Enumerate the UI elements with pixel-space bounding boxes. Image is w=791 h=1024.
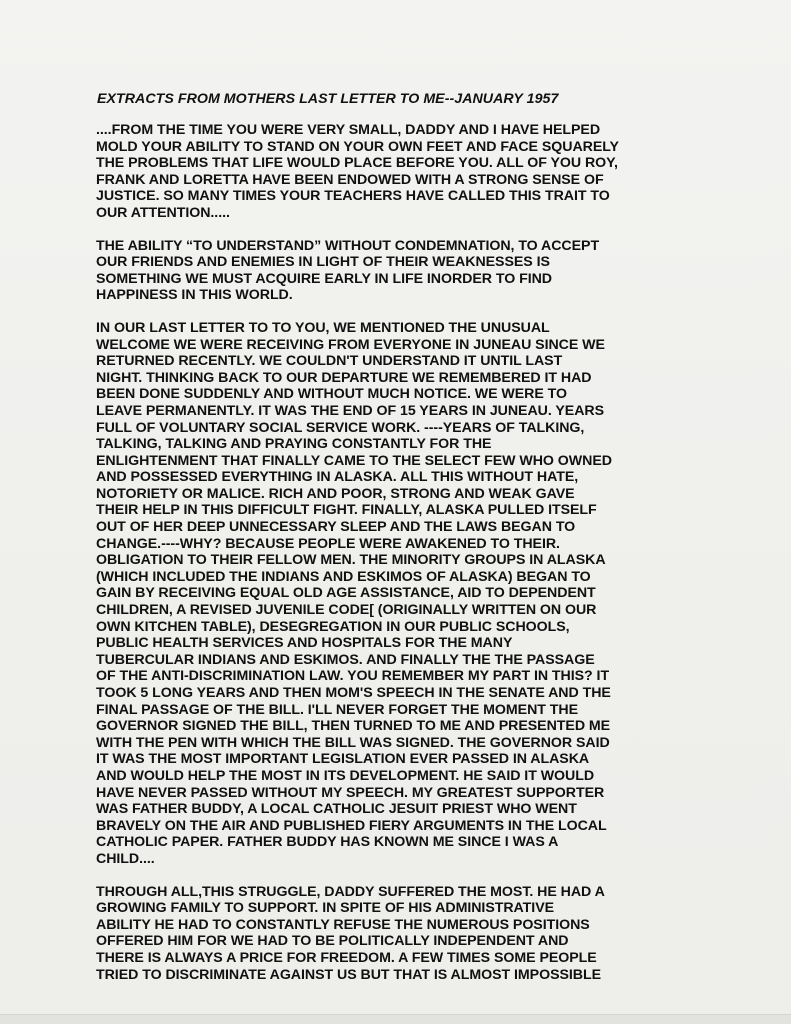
text-line: GAIN BY RECEIVING EQUAL OLD AGE ASSISTAN… [96,585,716,602]
paragraph: THROUGH ALL,THIS STRUGGLE, DADDY SUFFERE… [96,884,716,984]
text-line: OF THE ANTI-DISCRIMINATION LAW. YOU REME… [96,668,716,685]
text-line: GROWING FAMILY TO SUPPORT. IN SPITE OF H… [96,900,716,917]
text-line: WELCOME WE WERE RECEIVING FROM EVERYONE … [96,337,716,354]
text-line: FULL OF VOLUNTARY SOCIAL SERVICE WORK. -… [96,420,716,437]
text-line: (WHICH INCLUDED THE INDIANS AND ESKIMOS … [96,569,716,586]
text-line: GOVERNOR SIGNED THE BILL, THEN TURNED TO… [96,718,716,735]
paragraph: IN OUR LAST LETTER TO TO YOU, WE MENTION… [96,320,716,868]
text-line: JUSTICE. SO MANY TIMES YOUR TEACHERS HAV… [96,188,716,205]
text-line: BRAVELY ON THE AIR AND PUBLISHED FIERY A… [96,818,716,835]
text-line: HAPPINESS IN THIS WORLD. [96,287,716,304]
text-line: OWN KITCHEN TABLE), DESEGREGATION IN OUR… [96,619,716,636]
text-line: ....FROM THE TIME YOU WERE VERY SMALL, D… [96,122,716,139]
text-line: IN OUR LAST LETTER TO TO YOU, WE MENTION… [96,320,716,337]
text-line: OUR FRIENDS AND ENEMIES IN LIGHT OF THEI… [96,254,716,271]
scanned-page: EXTRACTS FROM MOTHERS LAST LETTER TO ME-… [0,0,791,1014]
text-line: TALKING, TALKING AND PRAYING CONSTANTLY … [96,436,716,453]
text-line: OUR ATTENTION..... [96,205,716,222]
paragraph: THE ABILITY “TO UNDERSTAND” WITHOUT COND… [96,238,716,304]
text-line: ENLIGHTENMENT THAT FINALLY CAME TO THE S… [96,453,716,470]
text-line: IT WAS THE MOST IMPORTANT LEGISLATION EV… [96,751,716,768]
text-line: THERE IS ALWAYS A PRICE FOR FREEDOM. A F… [96,950,716,967]
text-line: AND WOULD HELP THE MOST IN ITS DEVELOPME… [96,768,716,785]
page-edge [0,1014,791,1024]
text-line: WITH THE PEN WITH WHICH THE BILL WAS SIG… [96,735,716,752]
text-line: HAVE NEVER PASSED WITHOUT MY SPEECH. MY … [96,785,716,802]
letter-body: ....FROM THE TIME YOU WERE VERY SMALL, D… [96,122,716,983]
text-line: THROUGH ALL,THIS STRUGGLE, DADDY SUFFERE… [96,884,716,901]
text-line: OBLIGATION TO THEIR FELLOW MEN. THE MINO… [96,552,716,569]
text-line: THE PROBLEMS THAT LIFE WOULD PLACE BEFOR… [96,155,716,172]
text-line: TOOK 5 LONG YEARS AND THEN MOM'S SPEECH … [96,685,716,702]
text-line: FRANK AND LORETTA HAVE BEEN ENDOWED WITH… [96,172,716,189]
document-title: EXTRACTS FROM MOTHERS LAST LETTER TO ME-… [97,90,716,108]
text-line: TRIED TO DISCRIMINATE AGAINST US BUT THA… [96,967,716,984]
text-line: PUBLIC HEALTH SERVICES AND HOSPITALS FOR… [96,635,716,652]
text-line: CHANGE.----WHY? BECAUSE PEOPLE WERE AWAK… [96,536,716,553]
text-line: RETURNED RECENTLY. WE COULDN'T UNDERSTAN… [96,353,716,370]
text-line: CHILDREN, A REVISED JUVENILE CODE[ (ORIG… [96,602,716,619]
text-line: THE ABILITY “TO UNDERSTAND” WITHOUT COND… [96,238,716,255]
text-line: OFFERED HIM FOR WE HAD TO BE POLITICALLY… [96,933,716,950]
paragraph: ....FROM THE TIME YOU WERE VERY SMALL, D… [96,122,716,222]
text-line: OUT OF HER DEEP UNNECESSARY SLEEP AND TH… [96,519,716,536]
text-line: NIGHT. THINKING BACK TO OUR DEPARTURE WE… [96,370,716,387]
text-line: CATHOLIC PAPER. FATHER BUDDY HAS KNOWN M… [96,834,716,851]
text-line: TUBERCULAR INDIANS AND ESKIMOS. AND FINA… [96,652,716,669]
text-line: MOLD YOUR ABILITY TO STAND ON YOUR OWN F… [96,139,716,156]
text-line: FINAL PASSAGE OF THE BILL. I'LL NEVER FO… [96,702,716,719]
text-line: WAS FATHER BUDDY, A LOCAL CATHOLIC JESUI… [96,801,716,818]
text-line: NOTORIETY OR MALICE. RICH AND POOR, STRO… [96,486,716,503]
text-line: ABILITY HE HAD TO CONSTANTLY REFUSE THE … [96,917,716,934]
text-line: THEIR HELP IN THIS DIFFICULT FIGHT. FINA… [96,502,716,519]
text-line: CHILD.... [96,851,716,868]
letter-content: EXTRACTS FROM MOTHERS LAST LETTER TO ME-… [96,90,716,999]
text-line: LEAVE PERMANENTLY. IT WAS THE END OF 15 … [96,403,716,420]
text-line: SOMETHING WE MUST ACQUIRE EARLY IN LIFE … [96,271,716,288]
text-line: AND POSSESSED EVERYTHING IN ALASKA. ALL … [96,469,716,486]
text-line: BEEN DONE SUDDENLY AND WITHOUT MUCH NOTI… [96,386,716,403]
